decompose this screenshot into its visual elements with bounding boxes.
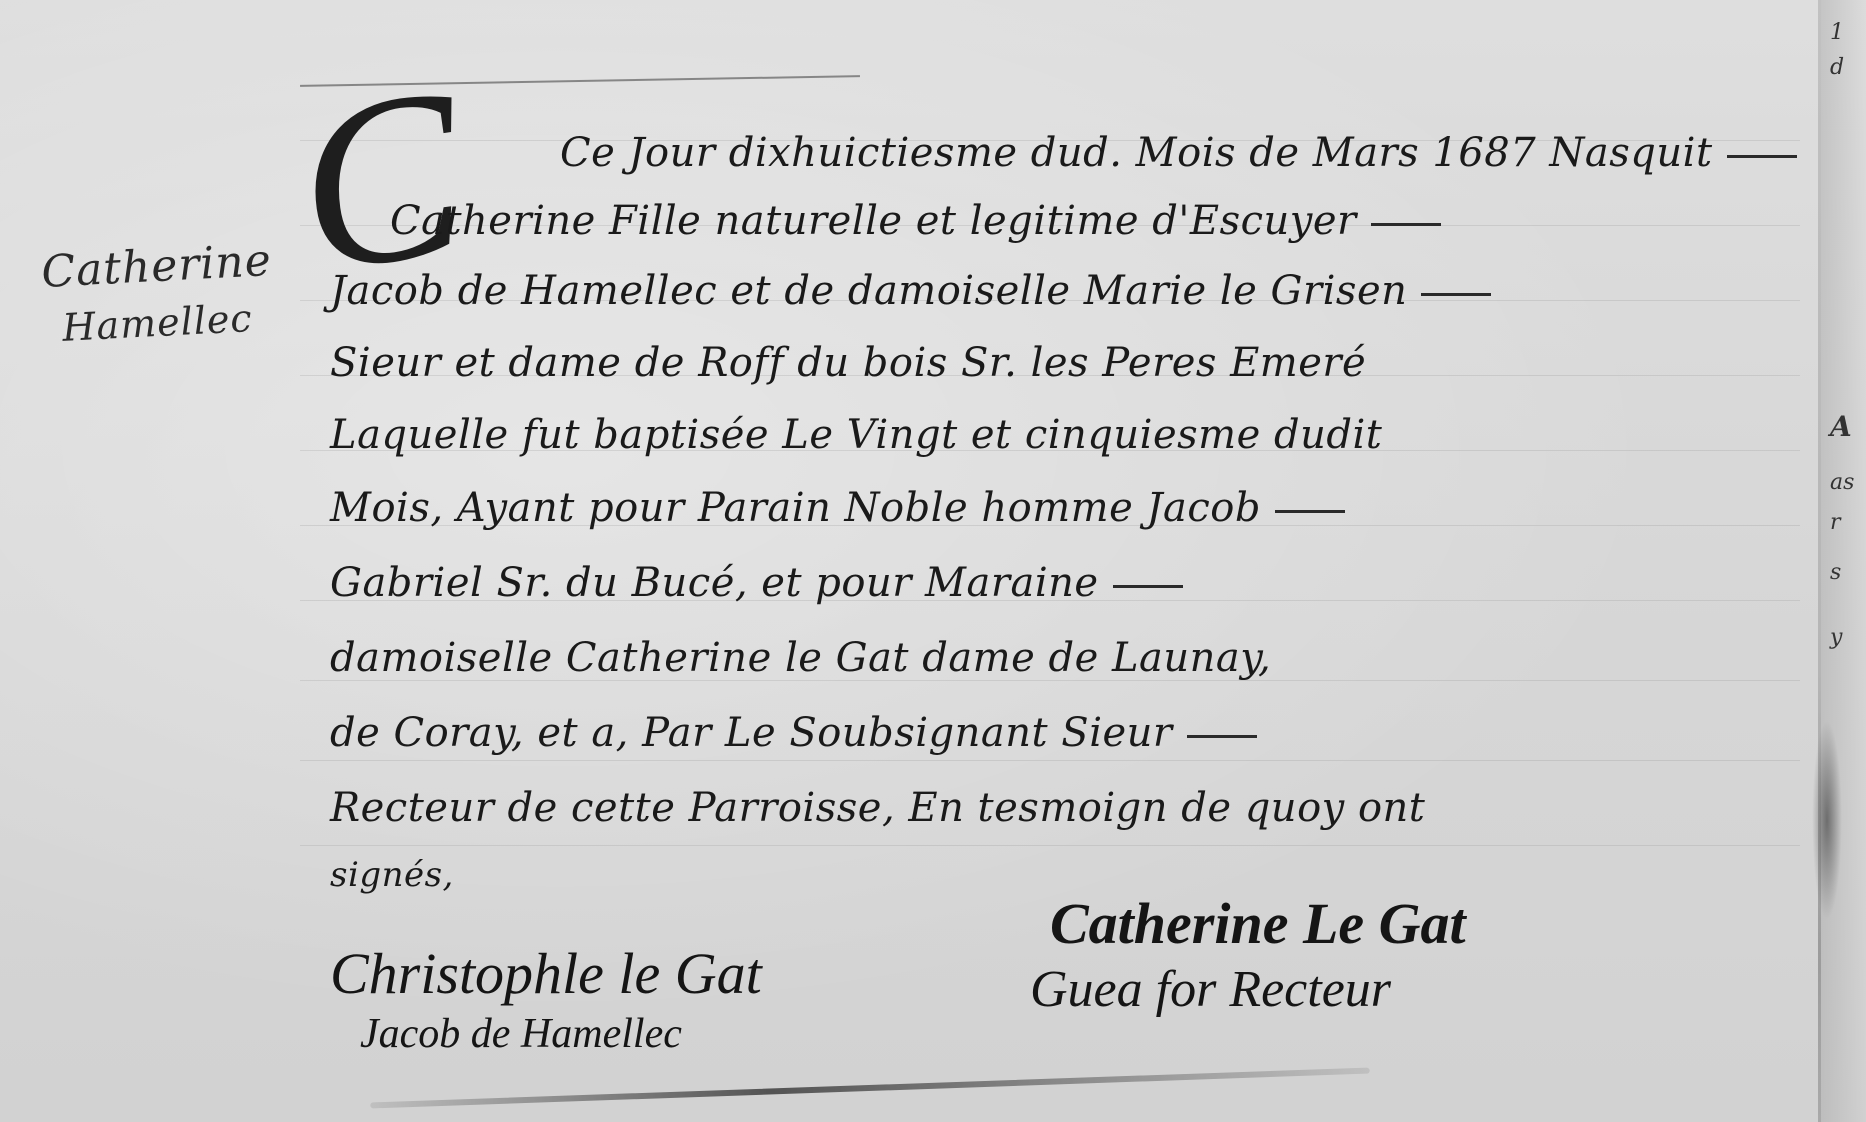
- adjacent-page-edge-text: 1 d A as r s y: [1826, 0, 1866, 1122]
- entry-line-8: damoiselle Catherine le Gat dame de Laun…: [330, 635, 1271, 681]
- entry-line-text: Laquelle fut baptisée Le Vingt et cinqui…: [330, 412, 1382, 458]
- line-filler-dash: [1421, 293, 1491, 296]
- entry-line-7: Gabriel Sr. du Bucé, et pour Maraine: [330, 560, 1183, 606]
- entry-line-text: Recteur de cette Parroisse, En tesmoign …: [330, 785, 1425, 831]
- entry-line-text: signés,: [330, 855, 454, 895]
- scanned-register-page: Catherine Hamellec C Ce Jour dixhuicties…: [0, 0, 1866, 1122]
- entry-line-text: Catherine Fille naturelle et legitime d'…: [390, 198, 1357, 244]
- entry-line-4: Sieur et dame de Roff du bois Sr. les Pe…: [330, 340, 1366, 386]
- line-filler-dash: [1371, 223, 1441, 226]
- margin-note-name: Catherine Hamellec: [40, 233, 276, 357]
- entry-line-text: de Coray, et a, Par Le Soubsignant Sieur: [330, 710, 1173, 756]
- ruled-line: [300, 845, 1800, 846]
- edge-mark: d: [1830, 55, 1844, 80]
- edge-mark: r: [1830, 510, 1841, 535]
- entry-line-text: Gabriel Sr. du Bucé, et pour Maraine: [330, 560, 1099, 606]
- entry-line-1: Ce Jour dixhuictiesme dud. Mois de Mars …: [560, 130, 1797, 176]
- signature-flourish: [370, 1068, 1370, 1109]
- signature-catherine-le-gat: Catherine Le Gat: [1050, 890, 1466, 957]
- line-filler-dash: [1113, 585, 1183, 588]
- edge-mark: as: [1830, 470, 1854, 495]
- entry-line-11: signés,: [330, 855, 454, 895]
- edge-mark: s: [1830, 560, 1841, 585]
- entry-line-10: Recteur de cette Parroisse, En tesmoign …: [330, 785, 1425, 831]
- line-filler-dash: [1275, 510, 1345, 513]
- edge-mark: 1: [1830, 20, 1844, 45]
- signature-christophle-le-gat: Christophle le Gat: [330, 940, 762, 1007]
- entry-line-text: damoiselle Catherine le Gat dame de Laun…: [330, 635, 1271, 681]
- entry-line-6: Mois, Ayant pour Parain Noble homme Jaco…: [330, 485, 1345, 531]
- entry-line-2: Catherine Fille naturelle et legitime d'…: [390, 198, 1441, 244]
- line-filler-dash: [1727, 155, 1797, 158]
- entry-line-text: Jacob de Hamellec et de damoiselle Marie…: [330, 268, 1407, 314]
- edge-mark: A: [1830, 410, 1852, 443]
- signature-recteur: Guea for Recteur: [1030, 960, 1391, 1019]
- edge-mark: y: [1830, 625, 1842, 650]
- signatures-block: Christophle le Gat Catherine Le Gat Jaco…: [330, 900, 1780, 1100]
- entry-line-5: Laquelle fut baptisée Le Vingt et cinqui…: [330, 412, 1382, 458]
- entry-line-text: Sieur et dame de Roff du bois Sr. les Pe…: [330, 340, 1366, 386]
- entry-line-text: Ce Jour dixhuictiesme dud. Mois de Mars …: [560, 130, 1713, 176]
- ruled-line: [300, 760, 1800, 761]
- line-filler-dash: [1187, 735, 1257, 738]
- entry-line-text: Mois, Ayant pour Parain Noble homme Jaco…: [330, 485, 1261, 531]
- entry-line-3: Jacob de Hamellec et de damoiselle Marie…: [330, 268, 1491, 314]
- signature-jacob-de-hamellec: Jacob de Hamellec: [360, 1010, 682, 1058]
- entry-line-9: de Coray, et a, Par Le Soubsignant Sieur: [330, 710, 1257, 756]
- margin-note-surname: Hamellec: [61, 289, 276, 356]
